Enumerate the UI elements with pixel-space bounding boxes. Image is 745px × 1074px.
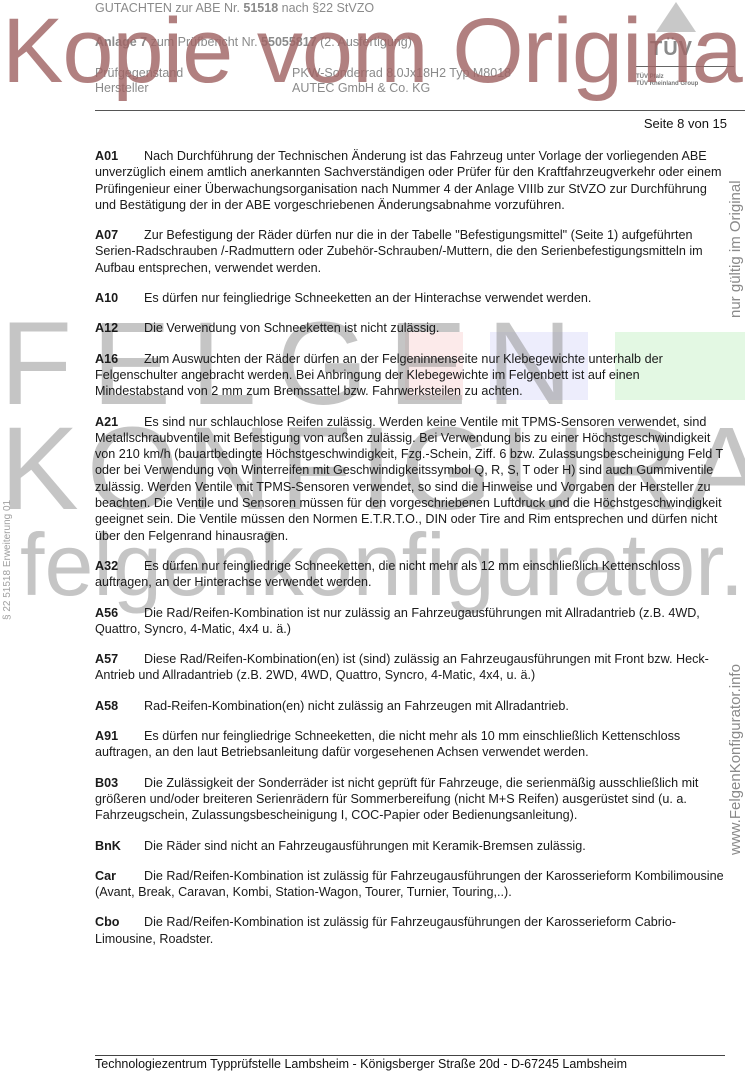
note-item: CboDie Rad/Reifen-Kombination ist zuläss… [95, 914, 725, 947]
note-code: B03 [95, 775, 144, 791]
note-code: BnK [95, 838, 144, 854]
header-row-hersteller: HerstellerAUTEC GmbH & Co. KG [95, 81, 430, 95]
note-text: Zum Auswuchten der Räder dürfen an der F… [95, 352, 663, 399]
note-code: A57 [95, 651, 144, 667]
tuv-logo: TÜV TÜV Pfalz TÜV Rheinland Group [634, 2, 734, 92]
note-item: B03Die Zulässigkeit der Sonderräder ist … [95, 775, 725, 824]
document-page: FELGEN KONFIGURATOR felgenkonfigurator.i… [0, 0, 745, 1074]
vertical-reference-label: § 22 51518 Erweiterung 01 [2, 500, 13, 620]
note-item: A07Zur Befestigung der Räder dürfen nur … [95, 227, 725, 276]
note-item: A58Rad-Reifen-Kombination(en) nicht zulä… [95, 698, 725, 714]
note-text: Die Rad/Reifen-Kombination ist zulässig … [95, 915, 676, 945]
notes-list: A01Nach Durchführung der Technischen Änd… [95, 148, 725, 961]
note-code: A07 [95, 227, 144, 243]
note-code: A91 [95, 728, 144, 744]
note-item: A56Die Rad/Reifen-Kombination ist nur zu… [95, 605, 725, 638]
note-text: Rad-Reifen-Kombination(en) nicht zulässi… [144, 699, 569, 713]
pruefbericht-number: 55055817 [261, 35, 317, 49]
note-item: A16Zum Auswuchten der Räder dürfen an de… [95, 351, 725, 400]
note-item: CarDie Rad/Reifen-Kombination ist zuläss… [95, 868, 725, 901]
note-code: A58 [95, 698, 144, 714]
tuv-triangle-icon [656, 2, 696, 32]
note-item: A01Nach Durchführung der Technischen Änd… [95, 148, 725, 213]
header-row-pruefgegenstand: PrüfgegenstandPKW-Sonderrad 8.0Jx18H2 Ty… [95, 66, 511, 80]
vertical-validity-label: nur gültig im Original [727, 180, 744, 318]
note-item: A21Es sind nur schlauchlose Reifen zuläs… [95, 414, 725, 544]
page-indicator: Seite 8 von 15 [644, 116, 727, 131]
note-text: Es dürfen nur feingliedrige Schneeketten… [95, 729, 680, 759]
note-code: A21 [95, 414, 144, 430]
note-item: A12Die Verwendung von Schneeketten ist n… [95, 320, 725, 336]
note-code: A16 [95, 351, 144, 367]
footer-divider [95, 1055, 725, 1056]
note-text: Die Zulässigkeit der Sonderräder ist nic… [95, 776, 698, 823]
anlage-title: Anlage 7 zum Prüfbericht Nr. 55055817 (2… [95, 35, 412, 49]
gutachten-title: GUTACHTEN zur ABE Nr. 51518 nach §22 StV… [95, 1, 374, 15]
header-divider [95, 110, 745, 111]
note-code: A10 [95, 290, 144, 306]
note-text: Die Rad/Reifen-Kombination ist zulässig … [95, 869, 724, 899]
note-code: A01 [95, 148, 144, 164]
note-text: Es dürfen nur feingliedrige Schneeketten… [95, 559, 680, 589]
note-item: A32Es dürfen nur feingliedrige Schneeket… [95, 558, 725, 591]
note-code: Cbo [95, 914, 144, 930]
footer-address: Technologiezentrum Typprüfstelle Lambshe… [95, 1057, 627, 1071]
note-item: A91Es dürfen nur feingliedrige Schneeket… [95, 728, 725, 761]
note-code: A56 [95, 605, 144, 621]
note-item: BnKDie Räder sind nicht an Fahrzeugausfü… [95, 838, 725, 854]
note-text: Die Verwendung von Schneeketten ist nich… [144, 321, 439, 335]
note-item: A57Diese Rad/Reifen-Kombination(en) ist … [95, 651, 725, 684]
note-text: Diese Rad/Reifen-Kombination(en) ist (si… [95, 652, 709, 682]
note-text: Die Räder sind nicht an Fahrzeugausführu… [144, 839, 586, 853]
note-code: A32 [95, 558, 144, 574]
note-text: Es dürfen nur feingliedrige Schneeketten… [144, 291, 591, 305]
note-text: Nach Durchführung der Technischen Änderu… [95, 149, 722, 212]
abe-number: 51518 [243, 1, 278, 15]
note-text: Es sind nur schlauchlose Reifen zulässig… [95, 415, 723, 543]
note-code: A12 [95, 320, 144, 336]
note-text: Zur Befestigung der Räder dürfen nur die… [95, 228, 703, 275]
vertical-website-label: www.FelgenKonfigurator.info [727, 664, 744, 855]
note-code: Car [95, 868, 144, 884]
note-text: Die Rad/Reifen-Kombination ist nur zuläs… [95, 606, 700, 636]
note-item: A10Es dürfen nur feingliedrige Schneeket… [95, 290, 725, 306]
